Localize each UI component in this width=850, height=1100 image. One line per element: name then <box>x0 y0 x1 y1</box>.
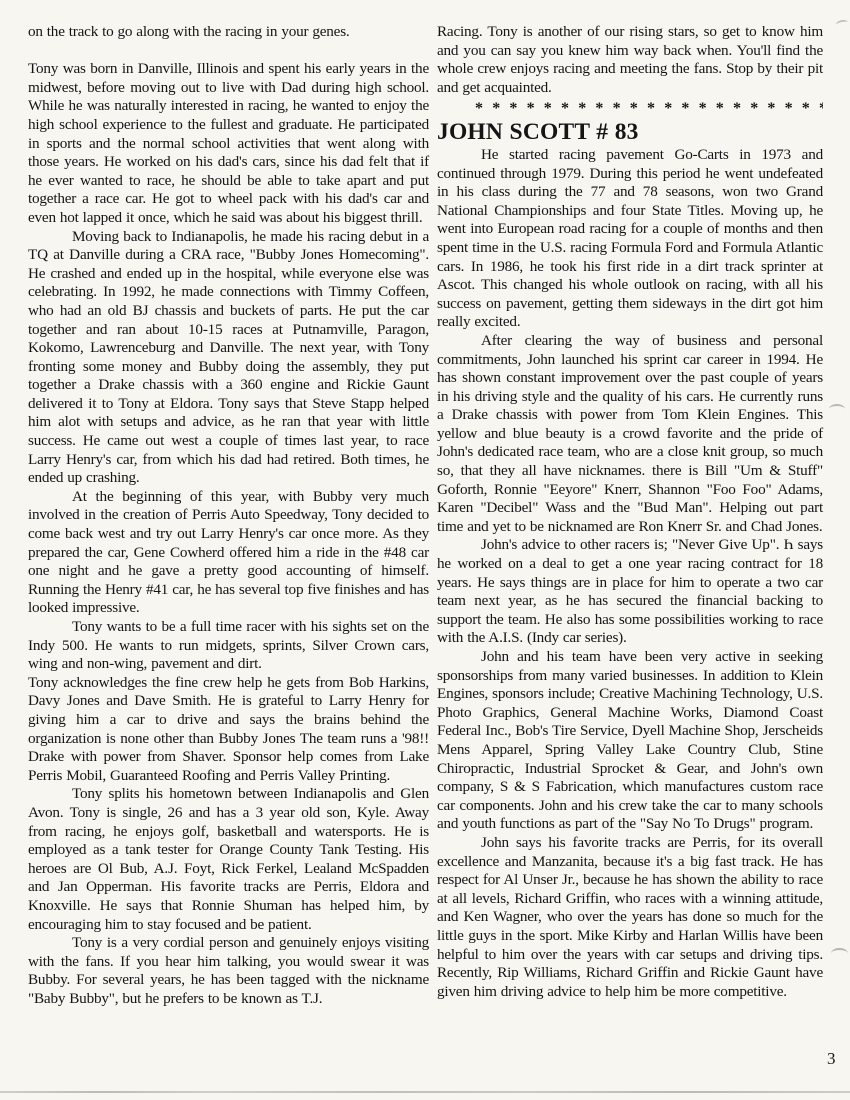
paragraph-tony-acknowledges: Tony acknowledges the fine crew help he … <box>28 674 429 786</box>
paragraph-beginning-of-year: At the beginning of this year, with Bubb… <box>28 488 429 618</box>
right-column: Racing. Tony is another of our rising st… <box>437 23 823 1001</box>
scan-artifact-mark <box>835 19 848 28</box>
paragraph-john-sprint-career: After clearing the way of business and p… <box>437 332 823 537</box>
scan-artifact-mark <box>829 404 845 414</box>
paragraph-tony-outro: Racing. Tony is another of our rising st… <box>437 23 823 97</box>
section-heading-john-scott: JOHN SCOTT # 83 <box>437 119 823 145</box>
paragraph-tony-cordial: Tony is a very cordial person and genuin… <box>28 934 429 1008</box>
scanned-newsletter-page: on the track to go along with the racing… <box>0 0 850 1100</box>
paragraph-john-favorite-tracks: John says his favorite tracks are Perris… <box>437 834 823 1001</box>
scan-artifact-mark <box>831 948 848 959</box>
paragraph-moving-back: Moving back to Indianapolis, he made his… <box>28 228 429 488</box>
page-number: 3 <box>827 1049 836 1069</box>
paragraph-tony-born: Tony was born in Danville, Illinois and … <box>28 60 429 227</box>
paragraph-john-sponsors: John and his team have been very active … <box>437 648 823 834</box>
paragraph-tony-wants: Tony wants to be a full time racer with … <box>28 618 429 674</box>
paragraph-tony-splits: Tony splits his hometown between Indiana… <box>28 785 429 934</box>
scan-edge-line <box>0 1091 850 1093</box>
paragraph-john-gocarts: He started racing pavement Go-Carts in 1… <box>437 146 823 332</box>
paragraph-john-advice: John's advice to other racers is; "Never… <box>437 536 823 648</box>
paragraph-carryover: on the track to go along with the racing… <box>28 23 429 42</box>
star-separator: * * * * * * * * * * * * * * * * * * * * … <box>475 100 823 119</box>
left-column: on the track to go along with the racing… <box>28 23 429 1008</box>
